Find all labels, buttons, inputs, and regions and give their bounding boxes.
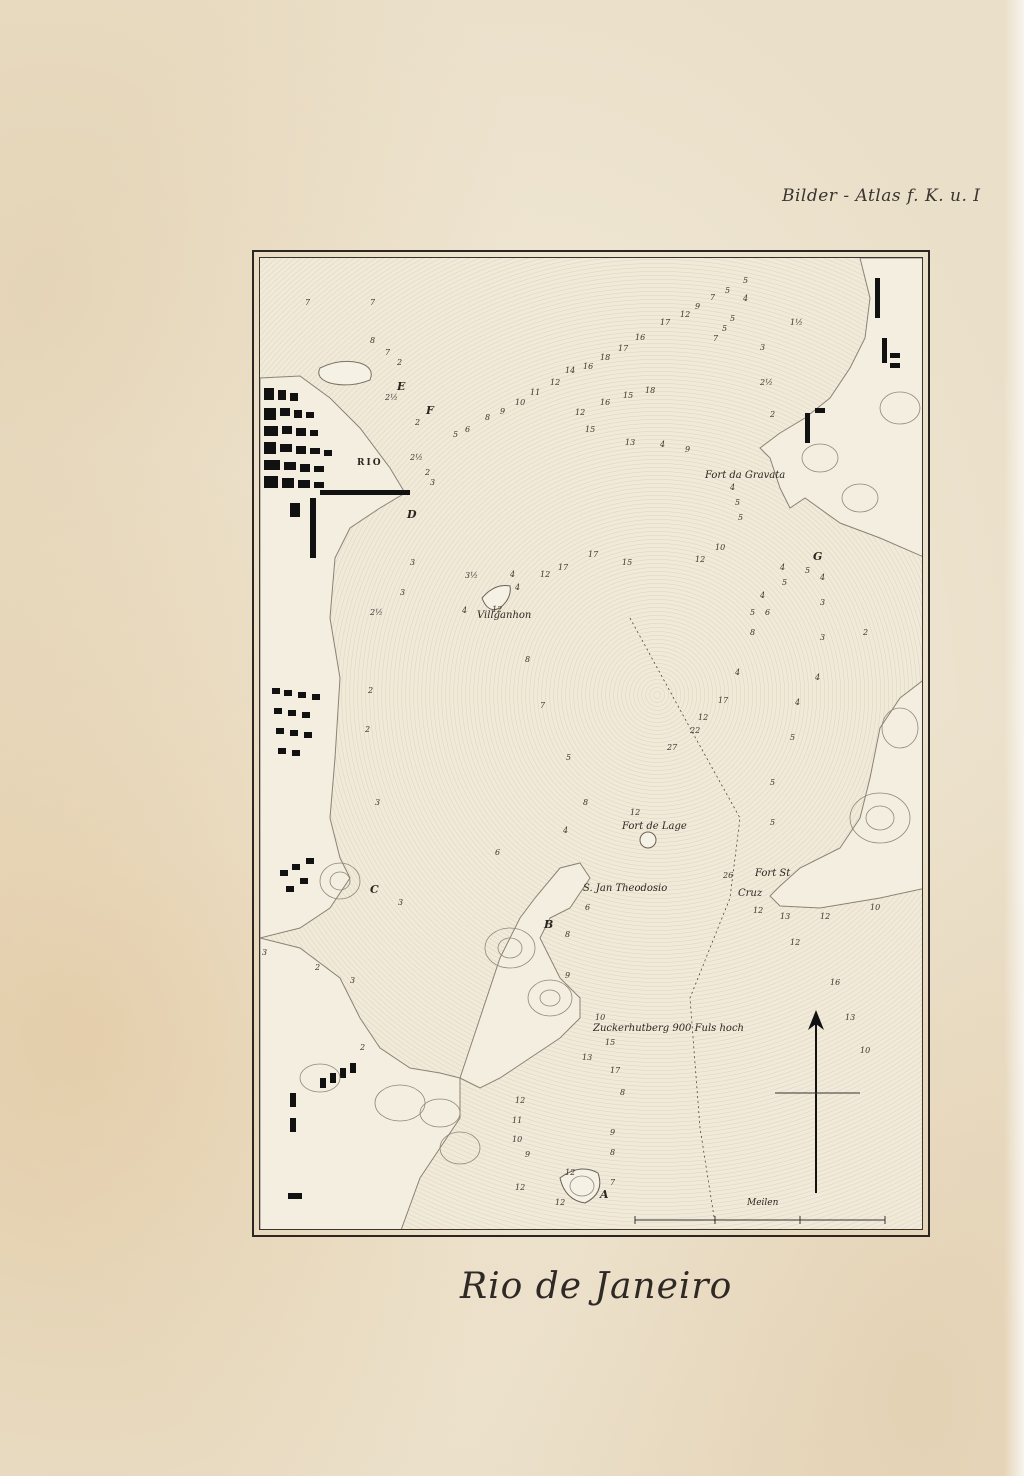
depth-sounding: 12 bbox=[575, 408, 585, 417]
depth-sounding: 17 bbox=[718, 696, 728, 705]
depth-sounding: 5 bbox=[770, 818, 775, 827]
sugarloaf-label: Zuckerhutberg 900 Fuls hoch bbox=[593, 1023, 744, 1034]
depth-sounding: 11 bbox=[512, 1116, 522, 1125]
depth-sounding: 9 bbox=[695, 302, 700, 311]
depth-sounding: 2½ bbox=[370, 608, 383, 617]
depth-sounding: 2½ bbox=[410, 453, 423, 462]
depth-sounding: 3 bbox=[820, 633, 825, 642]
depth-sounding: 13 bbox=[582, 1053, 592, 1062]
depth-sounding: 3 bbox=[398, 898, 403, 907]
depth-sounding: 18 bbox=[600, 353, 610, 362]
depth-sounding: 9 bbox=[685, 445, 690, 454]
depth-sounding: 3 bbox=[430, 478, 435, 487]
depth-sounding: 3 bbox=[400, 588, 405, 597]
depth-sounding: 5 bbox=[782, 578, 787, 587]
marker-letter-c: C bbox=[370, 883, 379, 896]
fort-label-theodosio: S. Jan Theodosio bbox=[583, 883, 667, 894]
depth-sounding: 9 bbox=[578, 1228, 583, 1230]
depth-sounding: 9 bbox=[610, 1128, 615, 1137]
depth-sounding: 7 bbox=[370, 298, 375, 307]
depth-sounding: 5 bbox=[453, 430, 458, 439]
depth-sounding: 5 bbox=[770, 778, 775, 787]
depth-sounding: 4 bbox=[515, 583, 520, 592]
depth-sounding: 22 bbox=[690, 726, 700, 735]
depth-sounding: 12 bbox=[492, 605, 502, 614]
depth-sounding: 8 bbox=[525, 655, 530, 664]
depth-sounding: 4 bbox=[660, 440, 665, 449]
depth-sounding: 5 bbox=[738, 513, 743, 522]
depth-sounding: 8 bbox=[485, 413, 490, 422]
depth-sounding: 3½ bbox=[465, 571, 478, 580]
depth-sounding: 4 bbox=[820, 573, 825, 582]
depth-sounding: 12 bbox=[820, 912, 830, 921]
depth-sounding: 8 bbox=[583, 798, 588, 807]
depth-sounding: 8 bbox=[565, 930, 570, 939]
depth-sounding: 27 bbox=[667, 743, 677, 752]
depth-sounding: 6 bbox=[765, 608, 770, 617]
depth-sounding: 3 bbox=[262, 948, 267, 957]
depth-sounding: 13 bbox=[780, 912, 790, 921]
depth-sounding: 12 bbox=[540, 570, 550, 579]
depth-sounding: 15 bbox=[605, 1038, 615, 1047]
depth-sounding: 2½ bbox=[760, 378, 773, 387]
depth-sounding: 17 bbox=[558, 563, 568, 572]
marker-letter-d: D bbox=[407, 508, 417, 521]
marker-letter-g: G bbox=[813, 550, 822, 563]
depth-sounding: 12 bbox=[680, 310, 690, 319]
depth-sounding: 10 bbox=[595, 1013, 605, 1022]
depth-sounding: 10 bbox=[870, 903, 880, 912]
map-title: Rio de Janeiro bbox=[460, 1266, 732, 1307]
depth-sounding: 5 bbox=[805, 566, 810, 575]
depth-sounding: 12 bbox=[753, 906, 763, 915]
depth-sounding: 4 bbox=[780, 563, 785, 572]
depth-sounding: 8 bbox=[620, 1088, 625, 1097]
depth-sounding: 8 bbox=[750, 628, 755, 637]
depth-sounding: 7 bbox=[610, 1178, 615, 1187]
city-label-rio: RIO bbox=[357, 458, 383, 468]
depth-sounding: 12 bbox=[515, 1183, 525, 1192]
depth-sounding: 3 bbox=[760, 343, 765, 352]
depth-sounding: 2½ bbox=[385, 393, 398, 402]
depth-sounding: 15 bbox=[623, 391, 633, 400]
fort-label-cruz-1: Fort St bbox=[755, 868, 790, 879]
depth-sounding: 8 bbox=[370, 336, 375, 345]
depth-sounding: 2 bbox=[770, 410, 775, 419]
depth-sounding: 26 bbox=[723, 871, 733, 880]
depth-sounding: 12 bbox=[695, 555, 705, 564]
depth-sounding: 2 bbox=[863, 628, 868, 637]
depth-sounding: 17 bbox=[660, 318, 670, 327]
depth-sounding: 7 bbox=[710, 293, 715, 302]
depth-sounding: 4 bbox=[815, 673, 820, 682]
depth-sounding: 5 bbox=[790, 733, 795, 742]
depth-sounding: 12 bbox=[565, 1168, 575, 1177]
depth-sounding: 2 bbox=[415, 418, 420, 427]
marker-letter-a: A bbox=[600, 1188, 609, 1201]
depth-sounding: 10 bbox=[512, 1135, 522, 1144]
depth-sounding: 2 bbox=[397, 358, 402, 367]
depth-sounding: 16 bbox=[583, 362, 593, 371]
depth-sounding: 3 bbox=[820, 598, 825, 607]
depth-sounding: 9 bbox=[565, 971, 570, 980]
depth-sounding: 13 bbox=[845, 1013, 855, 1022]
depth-sounding: 17 bbox=[618, 344, 628, 353]
depth-sounding: 4 bbox=[510, 570, 515, 579]
marker-letter-f: F bbox=[426, 404, 434, 417]
depth-sounding: 5 bbox=[722, 324, 727, 333]
depth-sounding: 14 bbox=[565, 366, 575, 375]
depth-sounding: 4 bbox=[563, 826, 568, 835]
depth-sounding: 5 bbox=[566, 753, 571, 762]
atlas-header: Bilder - Atlas f. K. u. I bbox=[782, 186, 980, 206]
marker-letter-e: E bbox=[397, 380, 405, 393]
depth-sounding: 16 bbox=[635, 333, 645, 342]
depth-sounding: 4 bbox=[743, 294, 748, 303]
island-label-villegaignon: Villganhon bbox=[477, 610, 531, 621]
depth-sounding: 4 bbox=[760, 591, 765, 600]
depth-sounding: 2 bbox=[360, 1043, 365, 1052]
map-frame: RIO Villganhon Fort da Gravata Fort de L… bbox=[252, 250, 930, 1237]
depth-sounding: 11 bbox=[530, 388, 540, 397]
depth-sounding: 17 bbox=[610, 1066, 620, 1075]
depth-sounding: 4 bbox=[730, 483, 735, 492]
depth-sounding: 15 bbox=[622, 558, 632, 567]
depth-sounding: 16 bbox=[830, 978, 840, 987]
depth-sounding: 8 bbox=[610, 1148, 615, 1157]
depth-sounding: 4 bbox=[735, 668, 740, 677]
depth-sounding: 3 bbox=[410, 558, 415, 567]
depth-sounding: 7 bbox=[540, 701, 545, 710]
depth-sounding: 12 bbox=[515, 1096, 525, 1105]
depth-sounding: 7 bbox=[713, 334, 718, 343]
depth-sounding: 13 bbox=[625, 438, 635, 447]
depth-sounding: 4 bbox=[795, 698, 800, 707]
depth-sounding: 3 bbox=[375, 798, 380, 807]
depth-sounding: 6 bbox=[585, 903, 590, 912]
depth-sounding: 10 bbox=[515, 398, 525, 407]
depth-sounding: 5 bbox=[725, 286, 730, 295]
fort-label-cruz-2: Cruz bbox=[738, 888, 762, 899]
scale-label: Meilen bbox=[747, 1198, 778, 1208]
depth-sounding: 18 bbox=[645, 386, 655, 395]
depth-sounding: 6 bbox=[465, 425, 470, 434]
paper-edge bbox=[1004, 0, 1024, 1476]
depth-sounding: 17 bbox=[588, 550, 598, 559]
depth-sounding: 12 bbox=[630, 808, 640, 817]
depth-sounding: 5 bbox=[750, 608, 755, 617]
depth-sounding: 2 bbox=[365, 725, 370, 734]
map-drawing bbox=[260, 258, 923, 1230]
depth-sounding: 10 bbox=[860, 1046, 870, 1055]
depth-sounding: 12 bbox=[555, 1198, 565, 1207]
depth-sounding: 7 bbox=[385, 348, 390, 357]
depth-sounding: 4 bbox=[462, 606, 467, 615]
depth-sounding: 16 bbox=[600, 398, 610, 407]
depth-sounding: 9 bbox=[500, 407, 505, 416]
depth-sounding: 2 bbox=[315, 963, 320, 972]
depth-sounding: 5 bbox=[735, 498, 740, 507]
marker-letter-b: B bbox=[544, 918, 553, 931]
fort-label-gravata: Fort da Gravata bbox=[705, 470, 785, 481]
depth-sounding: 10 bbox=[715, 543, 725, 552]
depth-sounding: 12 bbox=[698, 713, 708, 722]
depth-sounding: 1½ bbox=[790, 318, 803, 327]
depth-sounding: 6 bbox=[495, 848, 500, 857]
fort-label-lage: Fort de Lage bbox=[622, 821, 687, 832]
depth-sounding: 5 bbox=[730, 314, 735, 323]
map-area: RIO Villganhon Fort da Gravata Fort de L… bbox=[259, 257, 923, 1230]
depth-sounding: 2 bbox=[425, 468, 430, 477]
depth-sounding: 3 bbox=[350, 976, 355, 985]
depth-sounding: 15 bbox=[585, 425, 595, 434]
depth-sounding: 12 bbox=[790, 938, 800, 947]
depth-sounding: 5 bbox=[743, 276, 748, 285]
depth-sounding: 12 bbox=[550, 378, 560, 387]
depth-sounding: 9 bbox=[525, 1150, 530, 1159]
depth-sounding: 2 bbox=[368, 686, 373, 695]
depth-sounding: 7 bbox=[305, 298, 310, 307]
